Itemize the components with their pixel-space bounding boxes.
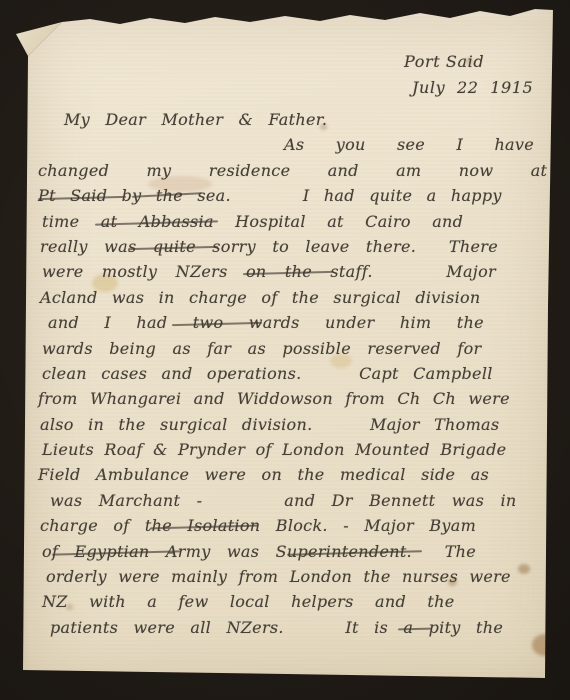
letter-body-lines: As you see I havechanged my residence an…	[36, 135, 548, 643]
letter-heading-date: July 22 1915	[400, 78, 550, 104]
letter-heading: Port Said July 22 1915	[400, 52, 550, 104]
letter-paper: Port Said July 22 1915 My Dear Mother & …	[20, 6, 560, 686]
letter-heading-place: Port Said	[400, 52, 550, 78]
letter-line: Pt Said by the sea. I had quite a happy	[36, 186, 548, 211]
letter-line: wards being as far as possible reserved …	[36, 339, 548, 364]
letter-line: clean cases and operations. Capt Campbel…	[36, 364, 548, 389]
letter-line: orderly were mainly from London the nurs…	[36, 567, 548, 592]
letter-line: really was quite sorry to leave there. T…	[36, 237, 548, 262]
letter-line: also in the surgical division. Major Tho…	[36, 415, 548, 440]
letter-line: NZ with a few local helpers and the	[36, 592, 548, 617]
letter-line: patients were all NZers. It is a pity th…	[36, 618, 548, 643]
letter-line: Field Ambulance were on the medical side…	[36, 465, 548, 490]
letter-line: and I had two wards under him the	[36, 313, 548, 338]
letter-body: My Dear Mother & Father. As you see I ha…	[36, 110, 548, 643]
letter-line: changed my residence and am now at	[36, 161, 548, 186]
letter-line: were mostly NZers on the staff. Major	[36, 262, 548, 287]
letter-line: As you see I have	[36, 135, 548, 160]
photo-background: Port Said July 22 1915 My Dear Mother & …	[0, 0, 570, 700]
letter-line: Lieuts Roaf & Prynder of London Mounted …	[36, 440, 548, 465]
letter-line: Acland was in charge of the surgical div…	[36, 288, 548, 313]
letter-line: was Marchant - and Dr Bennett was in	[36, 491, 548, 516]
letter-line: charge of the Isolation Block. - Major B…	[36, 516, 548, 541]
letter-salutation: My Dear Mother & Father.	[36, 110, 548, 135]
letter-line: from Whangarei and Widdowson from Ch Ch …	[36, 389, 548, 414]
